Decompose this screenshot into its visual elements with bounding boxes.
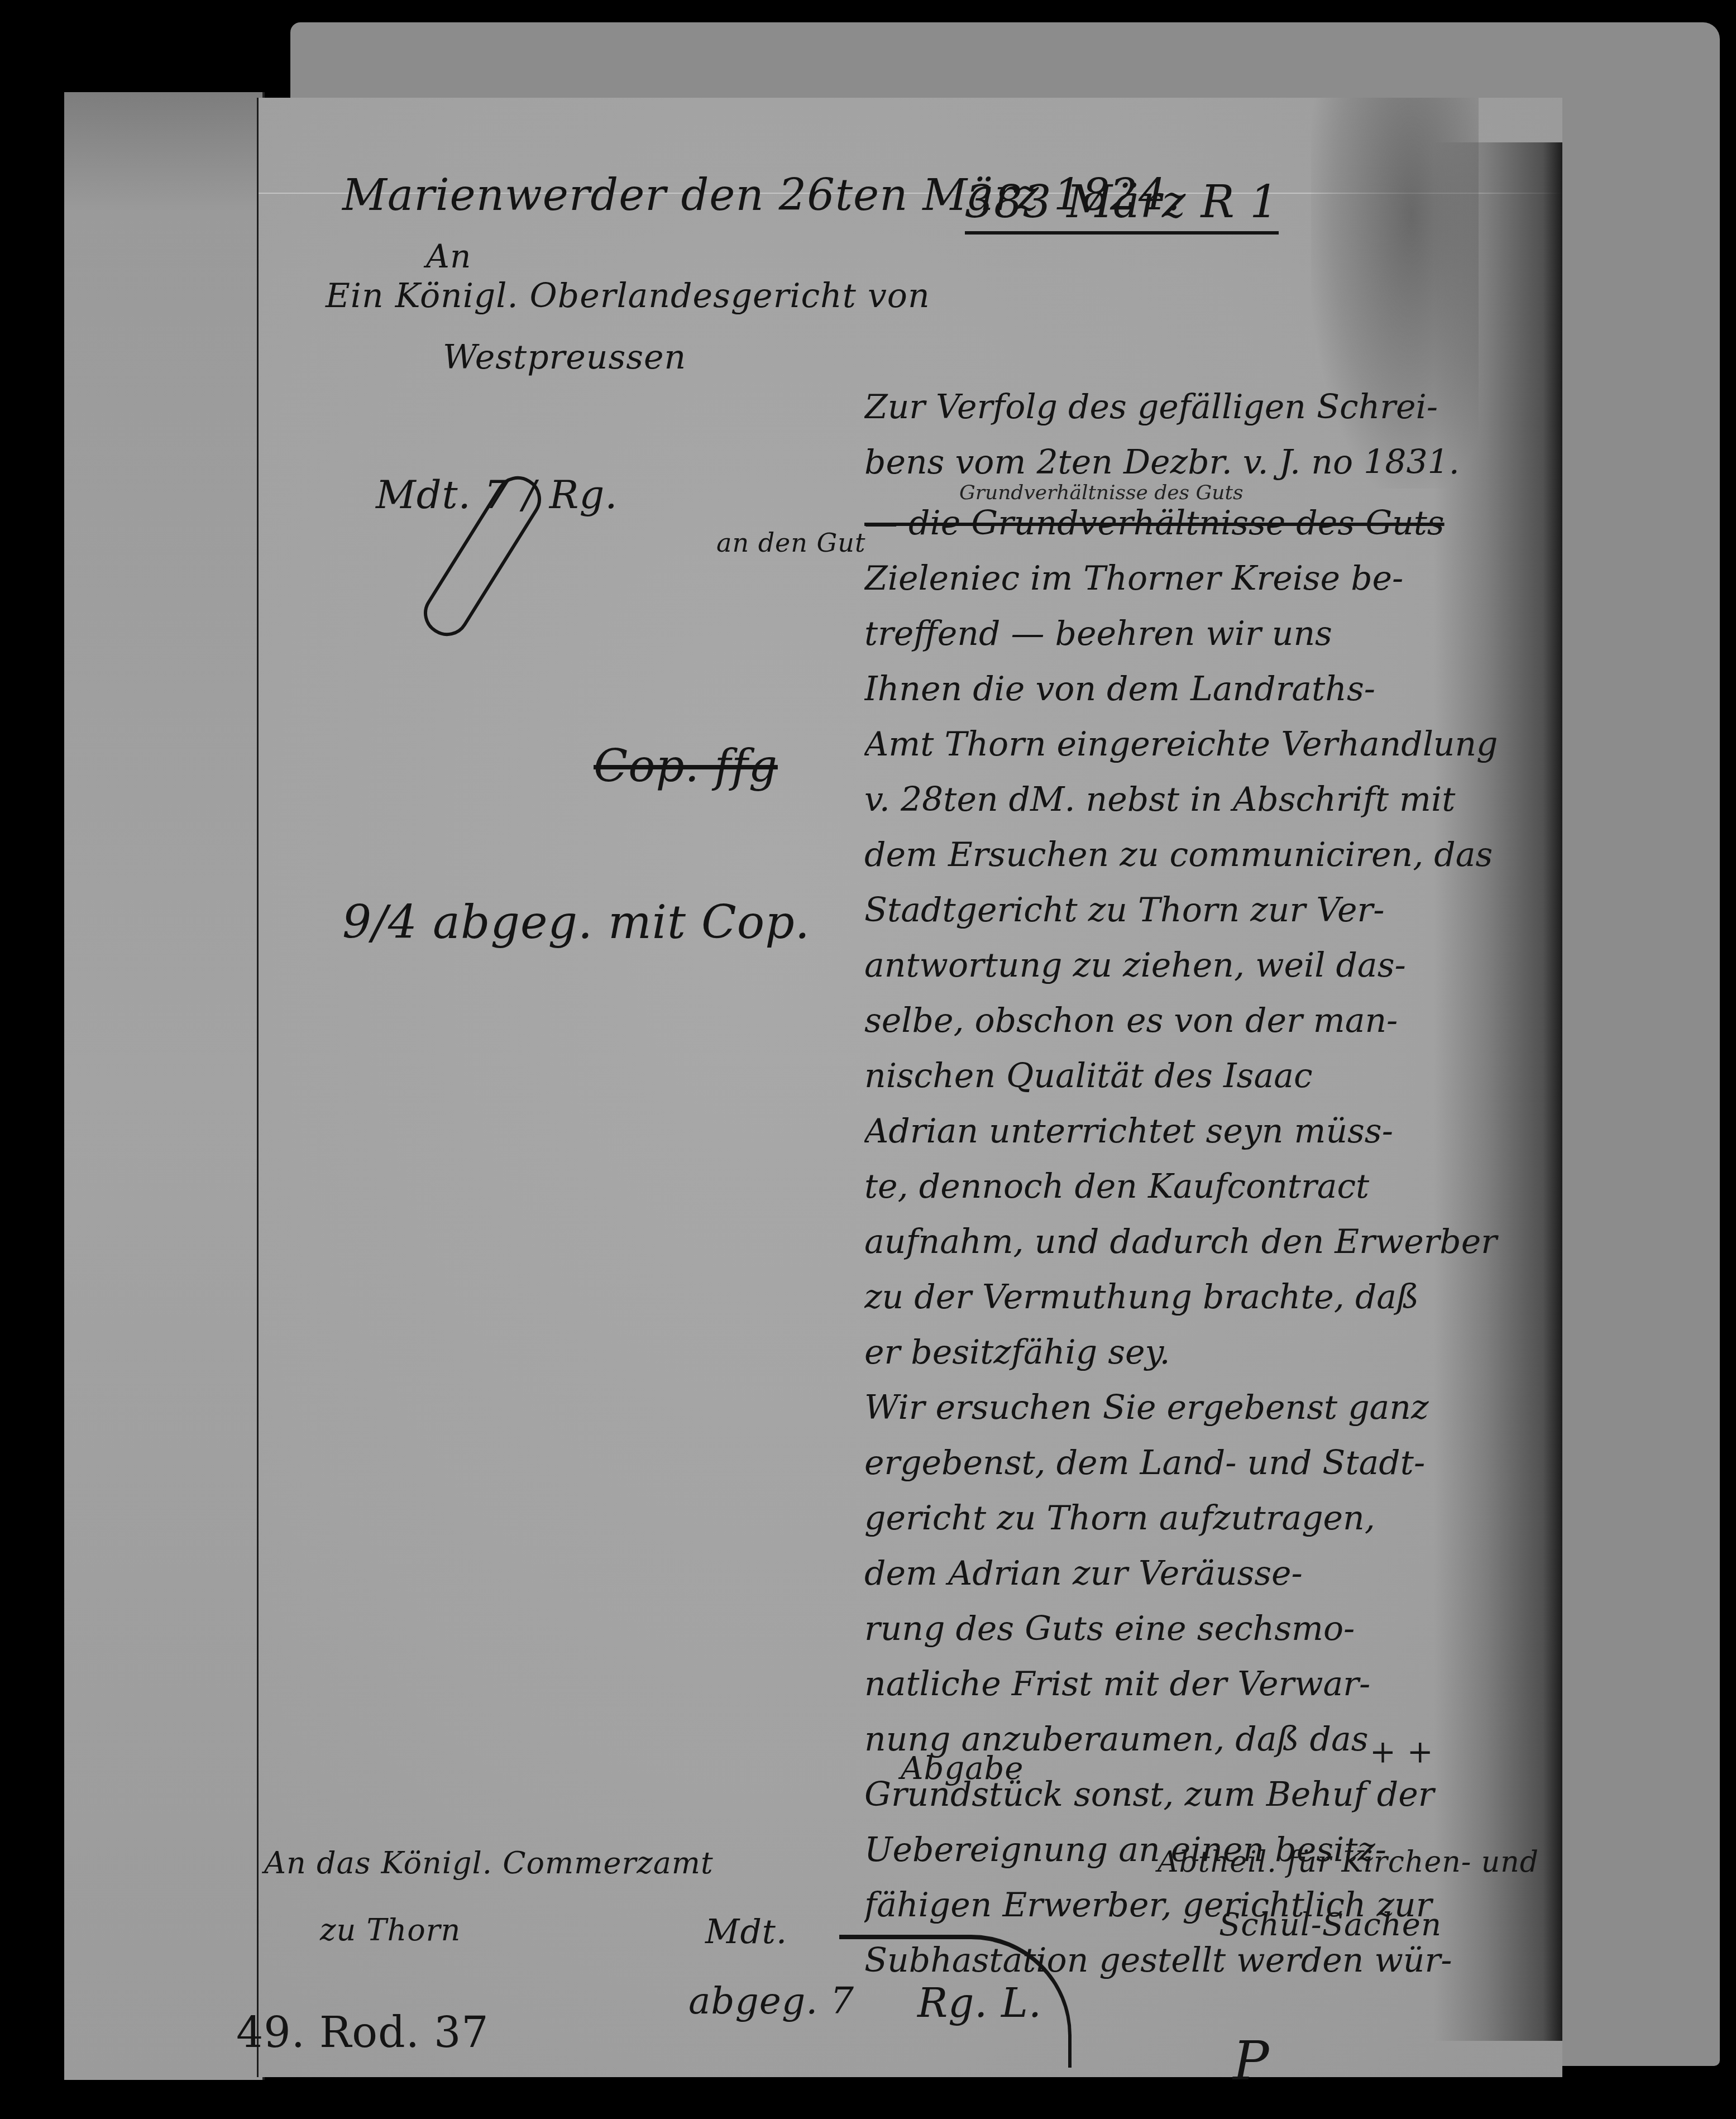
- body-line: dem Adrian zur Veräusse-: [864, 1546, 1529, 1601]
- body-line: antwortung zu ziehen, weil das-: [864, 938, 1529, 993]
- interlinear-correction: Grundverhältnisse des Guts: [864, 490, 1529, 496]
- body-line: v. 28ten dM. nebst in Abschrift mit: [864, 772, 1529, 827]
- body-line: Ihnen die von dem Landraths-: [864, 662, 1529, 717]
- address-prefix: An: [426, 237, 471, 275]
- recipient-line-1: An das Königl. Commerzamt: [264, 1845, 714, 1881]
- body-line: treffend — beehren wir uns: [864, 606, 1529, 662]
- closing-formula: Abtheil. für Kirchen- und: [1158, 1845, 1539, 1879]
- recipient-line-2: zu Thorn: [320, 1912, 461, 1948]
- margin-inline-note: an den Gut: [716, 528, 865, 558]
- paraph-mark: P: [1233, 2030, 1270, 2092]
- closing-signature: Schul-Sachen: [1219, 1907, 1442, 1943]
- copy-mark: Cop. ffg: [594, 740, 778, 792]
- body-line: ergebenst, dem Land- und Stadt-: [864, 1436, 1529, 1491]
- dispatch-note: abgeg. 7: [688, 1979, 854, 2022]
- binding-flap: [64, 92, 265, 2080]
- body-line: Zieleniec im Thorner Kreise be-: [864, 551, 1529, 606]
- body-line: Adrian unterrichtet seyn müss-: [864, 1104, 1529, 1159]
- body-line: natliche Frist mit der Verwar-: [864, 1657, 1529, 1712]
- address-line-1: Ein Königl. Oberlandesgericht von: [326, 276, 930, 315]
- manuscript-page: Marienwerder den 26ten März 1824. 383 Mä…: [257, 98, 1562, 2077]
- body-line: er besitzfähig sey.: [864, 1325, 1529, 1380]
- body-line: rung des Guts eine sechsmo-: [864, 1601, 1529, 1657]
- body-line: zu der Vermuthung brachte, daß: [864, 1270, 1529, 1325]
- body-line: Stadtgericht zu Thorn zur Ver-: [864, 883, 1529, 938]
- body-line: gericht zu Thorn aufzutragen,: [864, 1491, 1529, 1546]
- closing-authority: Abgabe: [901, 1750, 1024, 1787]
- body-line-struck: — die Grundverhältnisse des Guts: [864, 496, 1529, 551]
- body-line: selbe, obschon es von der man-: [864, 993, 1529, 1049]
- initials-mark: Rg. L.: [917, 1979, 1042, 2026]
- dispatch-margin-note: 9/4 abgeg. mit Cop.: [342, 896, 810, 949]
- body-line: nischen Qualität des Isaac: [864, 1049, 1529, 1104]
- reference-number: 383 März R 1: [965, 176, 1279, 235]
- body-line: Wir ersuchen Sie ergebenst ganz: [864, 1380, 1529, 1436]
- body-line: aufnahm, und dadurch den Erwerber: [864, 1214, 1529, 1270]
- closing-marks: + +: [1370, 1734, 1434, 1770]
- body-line: Zur Verfolg des gefälligen Schrei-: [864, 380, 1529, 435]
- body-line: Amt Thorn eingereichte Verhandlung: [864, 717, 1529, 772]
- archive-reference: 49. Rod. 37: [236, 2007, 489, 2057]
- mandate-note: Mdt.: [705, 1912, 787, 1951]
- body-line: dem Ersuchen zu communiciren, das: [864, 827, 1529, 883]
- address-line-2: Westpreussen: [443, 338, 686, 377]
- body-line: te, dennoch den Kaufcontract: [864, 1159, 1529, 1214]
